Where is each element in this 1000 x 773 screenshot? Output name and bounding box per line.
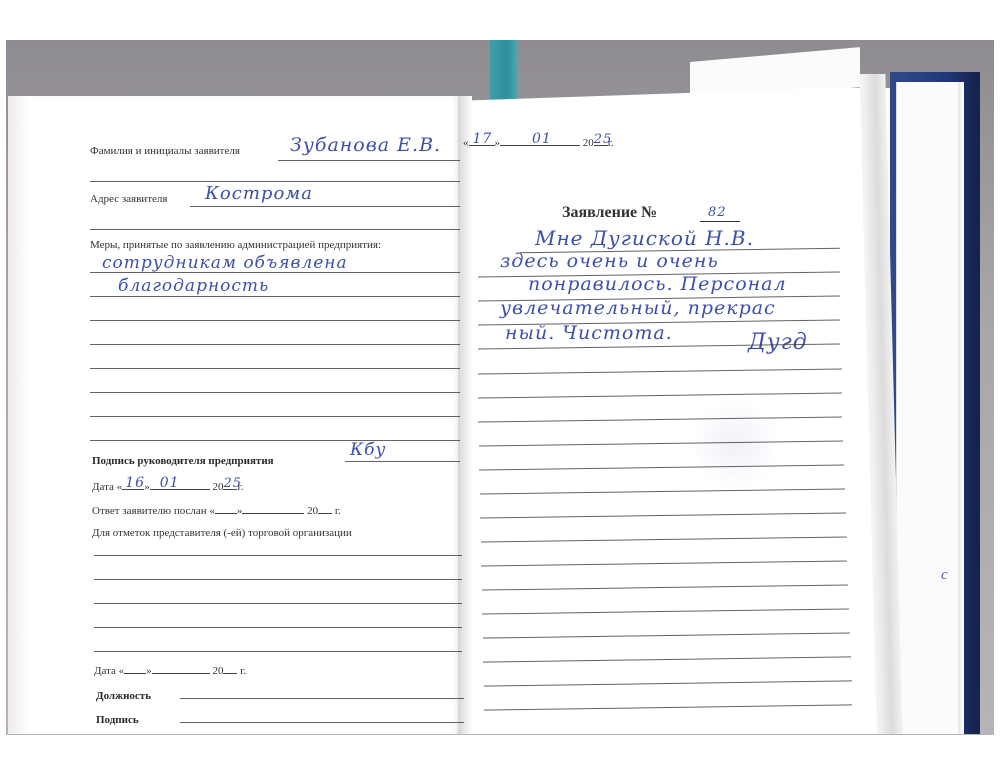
back-leaf-edge — [958, 82, 964, 734]
statement-number-line — [700, 221, 740, 222]
date-month: 01 — [160, 475, 180, 491]
applicant-address-value: Кострома — [205, 183, 313, 204]
ruled-line — [90, 344, 460, 345]
ruled-line — [90, 440, 460, 441]
ruled-line — [90, 181, 460, 182]
trade-org-notes-label: Для отметок представителя (-ей) торговой… — [92, 527, 352, 539]
reply-sent-year: 20 — [307, 505, 318, 517]
ruled-line — [94, 603, 462, 604]
book-gutter — [458, 96, 472, 734]
decision-date: Дата «16»01 2025г. — [92, 481, 243, 493]
position-label: Должность — [96, 690, 151, 702]
ruled-line — [90, 416, 460, 417]
ruled-line — [90, 392, 460, 393]
statement-text-line-3: понравилось. Персонал — [528, 273, 787, 295]
date-label: Дата « — [92, 481, 122, 493]
bottom-date: Дата «» 20 г. — [94, 665, 246, 677]
date-day: 16 — [125, 475, 145, 491]
bottom-date-label: Дата « — [94, 665, 124, 677]
reply-sent-sep: » — [237, 505, 243, 517]
faded-stamp — [690, 400, 780, 490]
ruled-line — [90, 296, 460, 297]
ruled-line — [90, 229, 460, 230]
applicant-name-label: Фамилия и инициалы заявителя — [90, 145, 240, 157]
manager-signature-label: Подпись руководителя предприятия — [92, 455, 274, 467]
reply-sent-date: Ответ заявителю послан «» 20 г. — [92, 505, 341, 517]
ruled-line — [90, 320, 460, 321]
statement-text-line-2: здесь очень и очень — [500, 250, 719, 272]
back-leaf — [896, 82, 963, 734]
header-date-year-suffix: 25 — [594, 132, 613, 147]
statement-title: Заявление № — [562, 204, 657, 222]
header-date-close: » — [495, 137, 501, 149]
ruled-line — [94, 579, 462, 580]
applicant-name-value: Зубанова Е.В. — [290, 134, 441, 156]
applicant-name-line — [278, 160, 460, 161]
statement-text-line-5: ный. Чистота. — [505, 322, 673, 344]
statement-text-line-1: Мне Дугиской Н.В. — [535, 226, 754, 250]
ruled-line — [90, 368, 460, 369]
header-date-open: « — [463, 137, 469, 149]
date-year-prefix: 20 — [212, 481, 223, 493]
measures-value-line-1: сотрудникам объявлена — [102, 253, 348, 273]
stray-ink-mark: с — [941, 567, 948, 584]
ruled-line — [94, 651, 462, 652]
reply-sent-tail: г. — [335, 505, 341, 517]
header-date: «17»01 2025г. — [463, 137, 614, 149]
statement-signature: Дугд — [748, 330, 808, 355]
bottom-date-year: 20 — [212, 665, 223, 677]
left-page-edge — [8, 96, 30, 734]
statement-number: 82 — [708, 205, 727, 220]
measures-value-line-2: благодарность — [118, 276, 269, 296]
header-date-month: 01 — [532, 131, 552, 147]
manager-signature-value: Кбу — [350, 440, 386, 460]
applicant-address-label: Адрес заявителя — [90, 193, 167, 205]
ruled-line — [94, 555, 462, 556]
applicant-address-line — [190, 206, 460, 207]
bottom-date-tail: г. — [240, 665, 246, 677]
header-date-year-prefix: 20 — [583, 137, 594, 149]
signature-line — [180, 722, 464, 723]
header-date-day: 17 — [473, 131, 493, 147]
manager-signature-line — [345, 461, 460, 462]
ruled-line — [90, 272, 460, 273]
signature-label: Подпись — [96, 714, 139, 726]
statement-text-line-4: увлечательный, прекрас — [500, 297, 776, 319]
bottom-date-sep: » — [146, 665, 152, 677]
ruled-line — [94, 627, 462, 628]
measures-label: Меры, принятые по заявлению администраци… — [90, 239, 381, 251]
position-line — [180, 698, 464, 699]
date-year-suffix: 25 — [223, 476, 242, 491]
reply-sent-label: Ответ заявителю послан « — [92, 505, 215, 517]
